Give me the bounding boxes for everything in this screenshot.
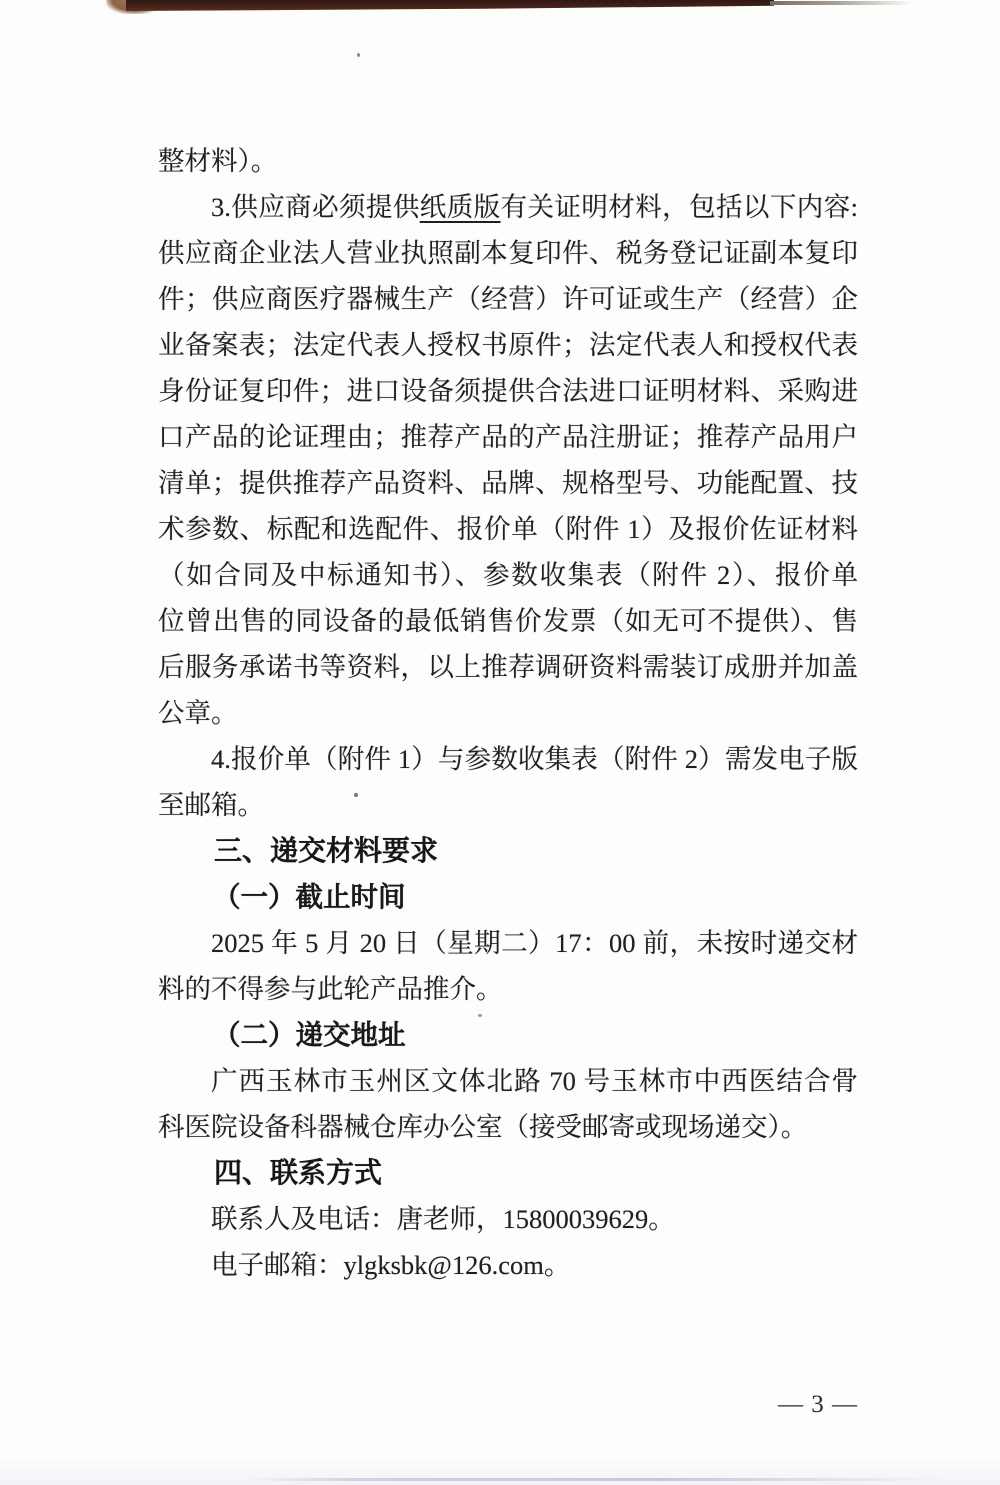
scan-artifact-bottom-edge <box>248 1478 942 1481</box>
text-line: 件；供应商医疗器械生产（经营）许可证或生产（经营）企 <box>158 276 858 322</box>
text-line: 口产品的论证理由；推荐产品的产品注册证；推荐产品用户 <box>158 414 858 460</box>
text-line: 供应商企业法人营业执照副本复印件、税务登记证副本复印 <box>158 230 858 276</box>
text-segment: 3.供应商必须提供 <box>211 192 420 222</box>
text-segment: 有关证明材料，包括以下内容: <box>501 192 858 222</box>
underlined-text: 纸质版 <box>420 192 501 222</box>
text-line: 料的不得参与此轮产品推介。 <box>158 966 858 1012</box>
text-line: 位曾出售的同设备的最低销售价发票（如无可不提供）、售 <box>158 598 858 644</box>
text-line: 4.报价单（附件 1）与参数收集表（附件 2）需发电子版 <box>158 736 858 782</box>
text-line: 身份证复印件；进口设备须提供合法进口证明材料、采购进 <box>158 368 858 414</box>
scan-artifact-top-band-tail <box>770 1 920 5</box>
text-line: 2025 年 5 月 20 日（星期二）17：00 前，未按时递交材 <box>158 920 858 966</box>
text-line: （二）递交地址 <box>158 1012 858 1058</box>
scan-speck <box>357 53 360 57</box>
text-line: 业备案表；法定代表人授权书原件；法定代表人和授权代表 <box>158 322 858 368</box>
text-line: 术参数、标配和选配件、报价单（附件 1）及报价佐证材料 <box>158 506 858 552</box>
text-line: 整材料）。 <box>158 138 858 184</box>
text-line: （一）截止时间 <box>158 874 858 920</box>
scan-artifact-top-band <box>126 0 774 11</box>
text-line: 至邮箱。 <box>158 782 858 828</box>
text-line: 科医院设备科器械仓库办公室（接受邮寄或现场递交）。 <box>158 1104 858 1150</box>
text-line: 四、联系方式 <box>158 1150 858 1196</box>
text-line: （如合同及中标通知书）、参数收集表（附件 2）、报价单 <box>158 552 858 598</box>
scanned-document-page: 整材料）。3.供应商必须提供纸质版有关证明材料，包括以下内容:供应商企业法人营业… <box>0 0 1000 1485</box>
text-line: 电子邮箱：ylgksbk@126.com。 <box>158 1242 858 1288</box>
text-line: 广西玉林市玉州区文体北路 70 号玉林市中西医结合骨 <box>158 1058 858 1104</box>
text-line: 公章。 <box>158 690 858 736</box>
document-lines: 整材料）。3.供应商必须提供纸质版有关证明材料，包括以下内容:供应商企业法人营业… <box>158 138 858 1288</box>
text-line: 3.供应商必须提供纸质版有关证明材料，包括以下内容: <box>158 184 858 230</box>
text-line: 后服务承诺书等资料，以上推荐调研资料需装订成册并加盖 <box>158 644 858 690</box>
page-number: — 3 — <box>763 1391 873 1419</box>
text-line: 联系人及电话：唐老师，15800039629。 <box>158 1196 858 1242</box>
text-line: 清单；提供推荐产品资料、品牌、规格型号、功能配置、技 <box>158 460 858 506</box>
text-line: 三、递交材料要求 <box>158 828 858 874</box>
